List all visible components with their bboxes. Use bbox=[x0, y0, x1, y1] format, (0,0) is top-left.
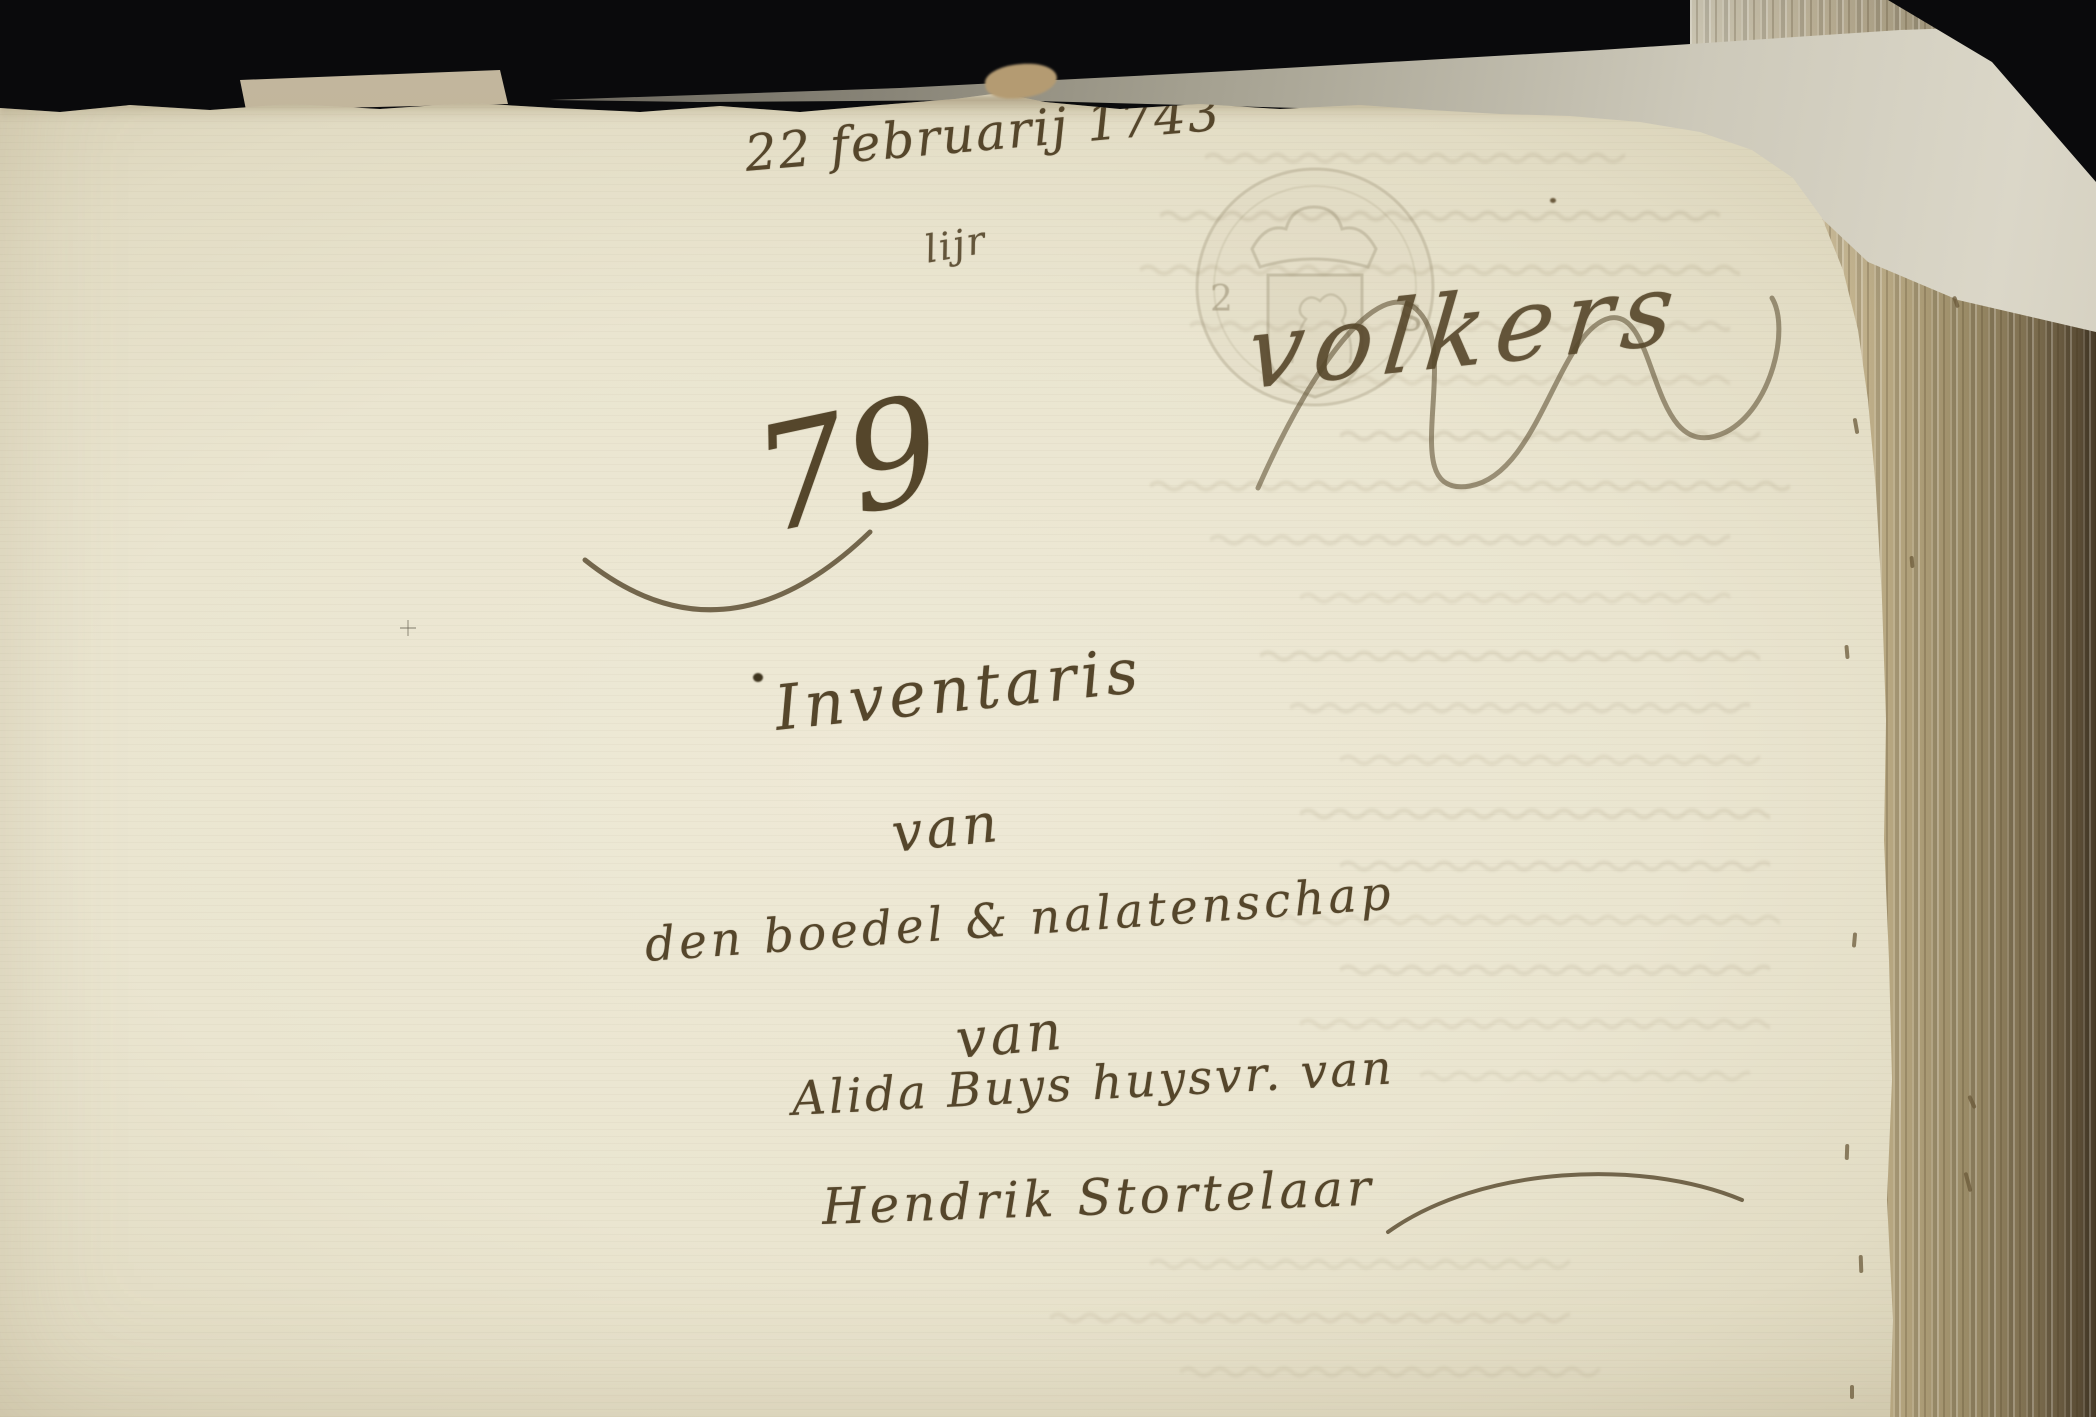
margin-mark bbox=[407, 620, 409, 636]
title-line-2: van bbox=[889, 791, 1004, 865]
ghost-line bbox=[1205, 150, 1625, 166]
manuscript-photo: 2 S 22 februarij 1743 lijr 79 volkers In… bbox=[0, 0, 2096, 1417]
ink-speck bbox=[753, 673, 763, 682]
ghost-line bbox=[1340, 858, 1770, 874]
ghost-line bbox=[1260, 648, 1760, 664]
ghost-line bbox=[1180, 1364, 1600, 1380]
ghost-line bbox=[1050, 1310, 1570, 1326]
ghost-line bbox=[1290, 700, 1750, 716]
ink-speck bbox=[1550, 198, 1556, 203]
ghost-line bbox=[1210, 532, 1730, 548]
ghost-line bbox=[1340, 962, 1770, 978]
ghost-line bbox=[1150, 1256, 1570, 1272]
manuscript-page: 2 S 22 februarij 1743 lijr 79 volkers In… bbox=[0, 0, 2096, 1417]
edge-ink-mark bbox=[1845, 1144, 1850, 1160]
edge-ink-mark bbox=[1850, 1385, 1854, 1399]
ghost-line bbox=[1300, 1016, 1770, 1032]
ghost-line bbox=[1340, 752, 1760, 768]
ghost-line bbox=[1150, 478, 1790, 494]
ghost-line bbox=[1300, 806, 1770, 822]
ghost-line bbox=[1340, 428, 1760, 444]
ghost-line bbox=[1420, 1068, 1750, 1084]
ghost-line bbox=[1160, 208, 1720, 224]
edge-ink-mark bbox=[1859, 1255, 1864, 1273]
ghost-line bbox=[1300, 590, 1730, 606]
